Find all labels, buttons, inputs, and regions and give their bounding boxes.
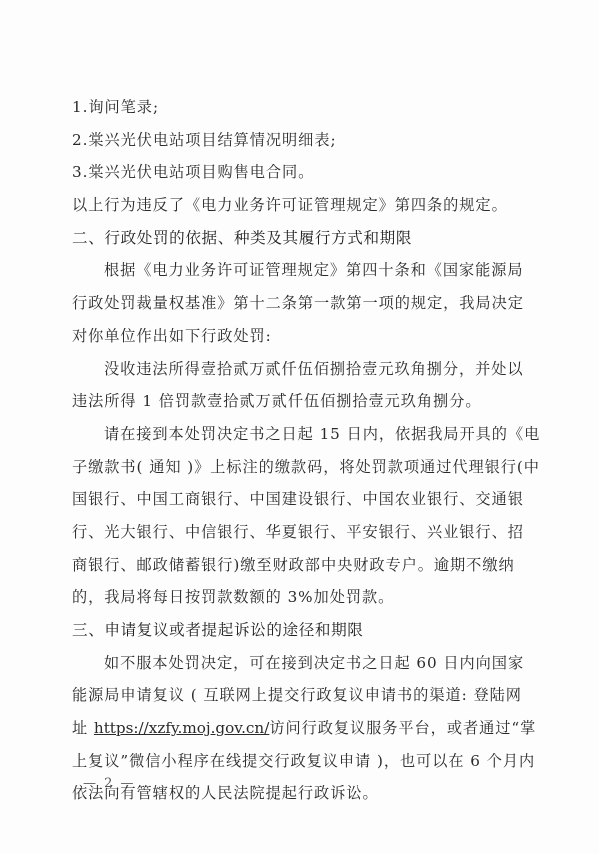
document-body: 1.询问笔录; 2.棠兴光伏电站项目结算情况明细表; 3.棠兴光伏电站项目购售电…: [72, 91, 522, 810]
appeal-line-3-suffix: 访问行政复议服务平台，或者通过“掌: [269, 719, 536, 737]
document-page: 1.询问笔录; 2.棠兴光伏电站项目结算情况明细表; 3.棠兴光伏电站项目购售电…: [0, 0, 599, 854]
review-platform-link[interactable]: https://xzfy.moj.gov.cn/: [94, 719, 269, 737]
section-3-heading: 三、申请复议或者提起诉讼的途径和期限: [72, 614, 522, 647]
penalty-basis-line-3: 对你单位作出如下行政处罚:: [72, 320, 522, 353]
violation-statement: 以上行为违反了《电力业务许可证管理规定》第四条的规定。: [72, 189, 522, 222]
evidence-item-3: 3.棠兴光伏电站项目购售电合同。: [72, 156, 522, 189]
appeal-line-3: 址 https://xzfy.moj.gov.cn/访问行政复议服务平台，或者通…: [72, 712, 522, 745]
evidence-item-1: 1.询问笔录;: [72, 91, 522, 124]
appeal-line-4: 上复议”微信小程序在线提交行政复议申请 )，也可以在 6 个月内: [72, 745, 522, 778]
page-number: — 2 —: [83, 776, 136, 791]
payment-line-2: 子缴款书( 通知 )》上标注的缴款码，将处罚款项通过代理银行(中: [72, 451, 522, 484]
section-2-heading: 二、行政处罚的依据、种类及其履行方式和期限: [72, 222, 522, 255]
payment-line-1: 请在接到本处罚决定书之日起 15 日内，依据我局开具的《电: [72, 418, 522, 451]
penalty-basis-line-1: 根据《电力业务许可证管理规定》第四十条和《国家能源局: [72, 254, 522, 287]
penalty-amount-line-1: 没收违法所得壹拾贰万贰仟伍佰捌拾壹元玖角捌分，并处以: [72, 353, 522, 386]
appeal-line-2: 能源局申请复议 ( 互联网上提交行政复议申请书的渠道: 登陆网: [72, 679, 522, 712]
payment-line-3: 国银行、中国工商银行、中国建设银行、中国农业银行、交通银: [72, 483, 522, 516]
penalty-basis-line-2: 行政处罚裁量权基准》第十二条第一款第一项的规定，我局决定: [72, 287, 522, 320]
payment-line-5: 商银行、邮政储蓄银行)缴至财政部中央财政专户。逾期不缴纳: [72, 549, 522, 582]
appeal-line-1: 如不服本处罚决定，可在接到决定书之日起 60 日内向国家: [72, 647, 522, 680]
payment-line-4: 行、光大银行、中信银行、华夏银行、平安银行、兴业银行、招: [72, 516, 522, 549]
penalty-amount-line-2: 违法所得 1 倍罚款壹拾贰万贰仟伍佰捌拾壹元玖角捌分。: [72, 385, 522, 418]
evidence-item-2: 2.棠兴光伏电站项目结算情况明细表;: [72, 124, 522, 157]
payment-line-6: 的，我局将每日按罚款数额的 3%加处罚款。: [72, 581, 522, 614]
appeal-line-5: 依法向有管辖权的人民法院提起行政诉讼。: [72, 777, 522, 810]
appeal-line-3-prefix: 址: [72, 719, 94, 737]
